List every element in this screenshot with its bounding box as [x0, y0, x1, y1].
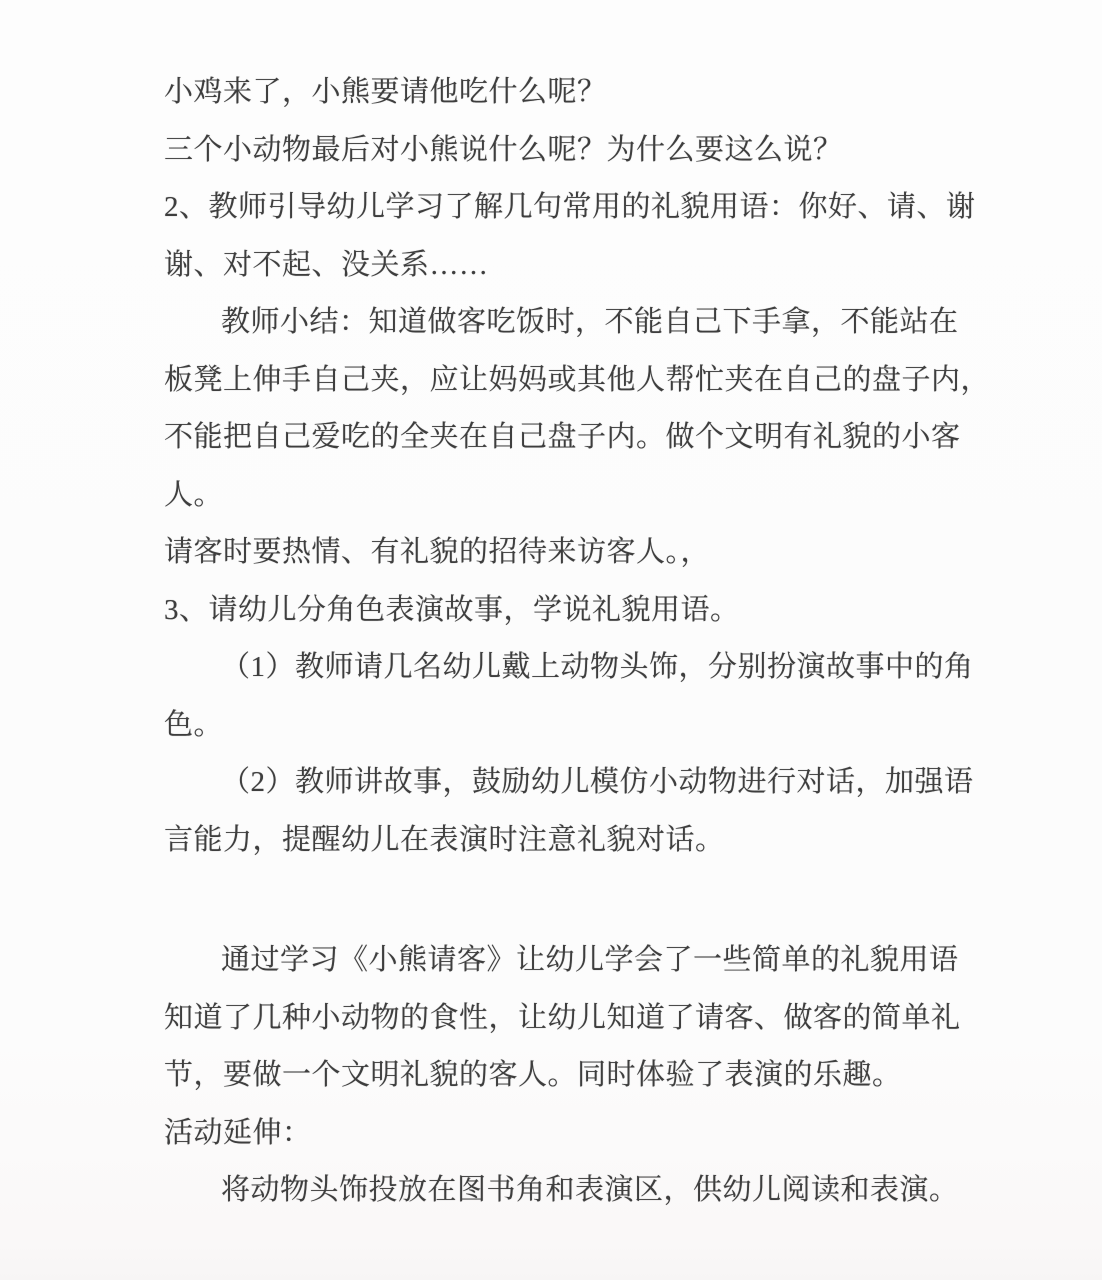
- lesson-plan-text-block: 小鸡来了，小熊要请他吃什么呢？ 三个小动物最后对小熊说什么呢？为什么要这么说？ …: [164, 64, 954, 1220]
- text-line-extension-body: 将动物头饰投放在图书角和表演区，供幼儿阅读和表演。: [164, 1162, 954, 1220]
- text-line-step3-item1-part1: （1）教师请几名幼儿戴上动物头饰，分别扮演故事中的角: [164, 639, 954, 697]
- text-line-question-chick: 小鸡来了，小熊要请他吃什么呢？: [164, 64, 954, 122]
- text-line-extension-heading: 活动延伸：: [164, 1105, 954, 1163]
- text-line-question-animals: 三个小动物最后对小熊说什么呢？为什么要这么说？: [164, 122, 954, 180]
- text-line-teacher-summary-1: 教师小结：知道做客吃饭时，不能自己下手拿，不能站在: [164, 294, 954, 352]
- text-line-teacher-summary-4: 人。: [164, 467, 954, 525]
- text-line-step3: 3、请幼儿分角色表演故事，学说礼貌用语。: [164, 582, 954, 640]
- text-line-host-politeness: 请客时要热情、有礼貌的招待来访客人。，: [164, 524, 954, 582]
- text-line-teacher-summary-2: 板凳上伸手自己夹，应让妈妈或其他人帮忙夹在自己的盘子内，: [164, 352, 954, 410]
- document-page: 小鸡来了，小熊要请他吃什么呢？ 三个小动物最后对小熊说什么呢？为什么要这么说？ …: [0, 0, 1102, 1280]
- text-line-step2-part1: 2、教师引导幼儿学习了解几句常用的礼貌用语：你好、请、谢: [164, 179, 954, 237]
- text-line-step3-item2-part1: （2）教师讲故事，鼓励幼儿模仿小动物进行对话，加强语: [164, 754, 954, 812]
- text-line-step2-part2: 谢、对不起、没关系……: [164, 237, 954, 295]
- text-line-reflection-1: 通过学习《小熊请客》让幼儿学会了一些简单的礼貌用语: [164, 932, 954, 990]
- text-line-reflection-2: 知道了几种小动物的食性，让幼儿知道了请客、做客的简单礼: [164, 990, 954, 1048]
- text-line-step3-item2-part2: 言能力，提醒幼儿在表演时注意礼貌对话。: [164, 812, 954, 870]
- text-line-teacher-summary-3: 不能把自己爱吃的全夹在自己盘子内。做个文明有礼貌的小客: [164, 409, 954, 467]
- text-line-reflection-3: 节，要做一个文明礼貌的客人。同时体验了表演的乐趣。: [164, 1047, 954, 1105]
- text-line-step3-item1-part2: 色。: [164, 697, 954, 755]
